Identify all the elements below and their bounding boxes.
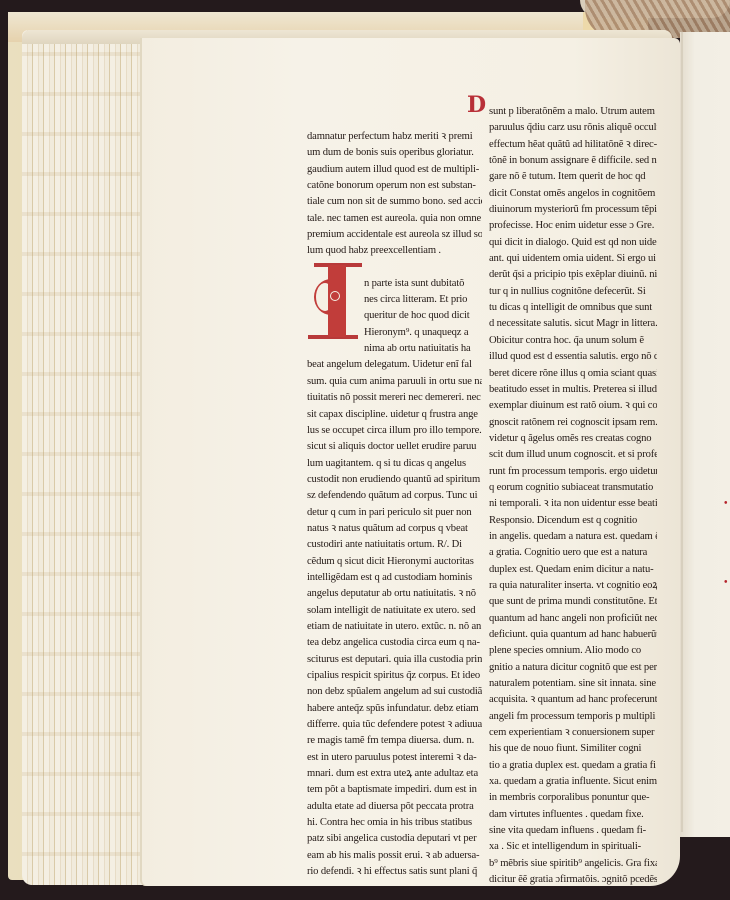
text-line: um dum de bonis suis operibus gloriatur.	[307, 145, 482, 161]
text-line: dam virtutes influentes . quedam fixe.	[489, 807, 657, 823]
right-column: sunt p liberatõnẽm a malo. Utrum autempa…	[489, 104, 657, 889]
text-line: gaudium autem illud quod est de multipli…	[307, 162, 482, 178]
text-line: dicit Constat omẽs angelos in cognitõem	[489, 186, 657, 202]
text-line: tu dicas q intelligit de omnibus que sun…	[489, 300, 657, 316]
text-line: beat angelum delegatum. Uidetur enĩ fal	[307, 357, 482, 373]
text-line: Responsio. Dicendum est q cognitio	[489, 513, 657, 529]
text-line: profecisse. Hoc enim uidetur esse ɔ Gre.	[489, 218, 657, 234]
text-line: beatitudo esset in multis. Preterea si i…	[489, 382, 657, 398]
text-line: tiuitatis nõ possit mereri nec demereri.…	[307, 390, 482, 406]
text-line: lus se occupet circa illum pro illo temp…	[307, 423, 482, 439]
text-line: cipalius respicit spiritus q̃z corpus. E…	[307, 668, 482, 684]
text-line: effectum hẽat quãtũ ad hilitatõnẽ ꝛ dire…	[489, 137, 657, 153]
text-line: sicut si aliquis doctor uellet erudire p…	[307, 439, 482, 455]
text-line: gnitio a natura dicitur cognitõ que est …	[489, 660, 657, 676]
text-line: paruulus q̃diu carz usu rõnis aliquẽ occ…	[489, 120, 657, 136]
text-line: lum uagitantem. q si tu dicas q angelus	[307, 456, 482, 472]
text-line: qui dicit in dialogo. Quid est qd non ui…	[489, 235, 657, 251]
text-line: sum. quia cum anima paruuli in ortu sue …	[307, 374, 482, 390]
text-line: runt fm processum temporis. ergo uidetur	[489, 464, 657, 480]
text-line: xa . Sic et intelligendum in spirituali-	[489, 839, 657, 855]
text-line: lum quod habz preexcellentiam .	[307, 243, 482, 259]
text-line: gare nõ ẽ tutum. Item querit de hoc qd	[489, 169, 657, 185]
gutter-line	[681, 32, 683, 832]
text-line: sz defendendo quãtum ad corpus. Tunc ui	[307, 488, 482, 504]
text-line: ant. qui uidentem omia uident. Si ergo u…	[489, 251, 657, 267]
text-line: naturalem potentiam. sine sit innata. si…	[489, 676, 657, 692]
text-line: sine vita quedam influens . quedam fi-	[489, 823, 657, 839]
page-foxing	[22, 30, 152, 885]
text-line: in angelis. quedam a natura est. quedam …	[489, 529, 657, 545]
text-line: sunt p liberatõnẽm a malo. Utrum autem	[489, 104, 657, 120]
text-line: Obicitur contra hoc. q̃a unum solum ẽ	[489, 333, 657, 349]
text-line: tea debz angelica custodia circa eum q n…	[307, 635, 482, 651]
text-line: habere anteq̃z spũs infundatur. debz eti…	[307, 701, 482, 717]
text-line: patz sibi angelica custodia deputari vt …	[307, 831, 482, 847]
text-line: in membris corporalibus ponuntur que-	[489, 790, 657, 806]
text-line: re magis tamẽ fm tempa diuersa. dum. n.	[307, 733, 482, 749]
text-line: adulta etate ad diuersa põt peccata prot…	[307, 799, 482, 815]
text-line: differre. quia tũc defendere potest ꝛ ad…	[307, 717, 482, 733]
text-line: intelligẽdam est q ad custodiam hominis	[307, 570, 482, 586]
text-line: damnatur perfectum habz meriti ꝛ premi	[307, 129, 482, 145]
facing-rubric-mark: •	[724, 577, 728, 588]
text-line: plene species omnium. Alio modo co	[489, 643, 657, 659]
text-line: gnoscit ratõnem rei cognoscit ipsam rem.	[489, 415, 657, 431]
text-line: angeli fm processum temporis p multipli	[489, 709, 657, 725]
text-line: diuinorum mysteriorũ fm processum tẽpis	[489, 202, 657, 218]
text-line: non debz spũalem angelum ad sui custodiã	[307, 684, 482, 700]
text-line: ni temporali. ꝛ ita non uidentur esse be…	[489, 496, 657, 512]
text-line: derũt q̃si a pricipio tpis exẽplar diuin…	[489, 267, 657, 283]
left-column: damnatur perfectum habz meriti ꝛ premium…	[307, 129, 482, 880]
text-line: acquisita. ꝛ quantum ad hanc profecerunt	[489, 692, 657, 708]
text-line: rio defendi. ꝛ hi effectus satis sunt pl…	[307, 864, 482, 880]
text-line: custodit non erudiendo quantũ ad spiritu…	[307, 472, 482, 488]
text-line: duplex est. Quedam enim dicitur a natu-	[489, 562, 657, 578]
text-line: est in utero paruulus potest interemi ꝛ …	[307, 750, 482, 766]
text-line: natus ꝛ natus quãtum ad corpus q vbeat	[307, 521, 482, 537]
text-line: a gratia. Cognitio uero que est a natura	[489, 545, 657, 561]
text-line: tiale cum non sit de summo bono. sed acc…	[307, 194, 482, 210]
rubricated-initial-i-icon	[308, 261, 363, 341]
text-line: hi. Contra hec omia in his tribus statib…	[307, 815, 482, 831]
text-line: beret dicere rõne illus q omia sciant qu…	[489, 366, 657, 382]
facing-rubric-mark: •	[724, 498, 728, 509]
text-line: illud quod est d essentia salutis. ergo …	[489, 349, 657, 365]
text-line: dicitur ẽẽ gratia ɔfirmatõis. ɔgnitõ pce…	[489, 872, 657, 888]
text-line: tem põt a baptismate impediri. dum est i…	[307, 782, 482, 798]
text-line: sciturus est deputari. quia illa custodi…	[307, 652, 482, 668]
text-line: his que de nouo fiunt. Similiter cogni	[489, 741, 657, 757]
text-line: premium accidentale est aureola sz illud…	[307, 227, 482, 243]
text-line: quantum ad hanc angeli non proficiũt nec	[489, 611, 657, 627]
text-line: tõnẽ in bonum assignare ẽ difficile. sed…	[489, 153, 657, 169]
text-line: cẽdum q sicut dicit Hieronymi auctoritas	[307, 554, 482, 570]
text-line: tio a gratia duplex est. quedam a gratia…	[489, 758, 657, 774]
text-line: exemplar diuinum est ratõ oium. ꝛ qui co	[489, 398, 657, 414]
text-line: deficiunt. quia quantum ad hanc habuerũt	[489, 627, 657, 643]
text-line: mnari. dum est extra uteꝝ ante adultaz e…	[307, 766, 482, 782]
text-line: ra quia naturaliter inserta. vt cognitio…	[489, 578, 657, 594]
text-line: angelus deputatur ab ortu natiuitatis. ꝛ…	[307, 586, 482, 602]
text-line: detur q cum in pari periculo sit puer no…	[307, 505, 482, 521]
text-line: cem experientiam ꝛ conuersionem super	[489, 725, 657, 741]
text-line: b⁹ mẽbris siue spiritib⁹ angelicis. Gra …	[489, 856, 657, 872]
text-line: scit dum illud unum cognoscit. et si pro…	[489, 447, 657, 463]
text-line: d necessitate salutis. sicut Magr in lit…	[489, 316, 657, 332]
facing-page	[680, 32, 730, 837]
text-line: xa. quedam a gratia influente. Sicut eni…	[489, 774, 657, 790]
text-line: sit capax discipline. uidetur q frustra …	[307, 407, 482, 423]
text-line: eam ab his malis possit erui. ꝛ ab aduer…	[307, 848, 482, 864]
text-line: solam intelligit de natiuitate ex utero.…	[307, 603, 482, 619]
text-line: nima ab ortu natiuitatis ha	[307, 341, 482, 357]
text-line: catõne bonorum operum non est substan-	[307, 178, 482, 194]
book-photo: • • D damnatur perfectum habz meriti ꝛ p…	[0, 0, 730, 900]
text-line: tur q in nullius cognitõne defecerũt. Si	[489, 284, 657, 300]
text-line: q eorum cognitio subiaceat transmutatio	[489, 480, 657, 496]
text-line: etiam de natiuitate in utero. extũc. n. …	[307, 619, 482, 635]
text-line: custodiri ante natiuitatis ortum. R/. Di	[307, 537, 482, 553]
text-line: tale. nec tamen est aureola. quia non om…	[307, 211, 482, 227]
text-line: que sunt de prima mundi constitutõne. Et	[489, 594, 657, 610]
text-line: videtur q ãgelus omẽs res creatas cogno	[489, 431, 657, 447]
